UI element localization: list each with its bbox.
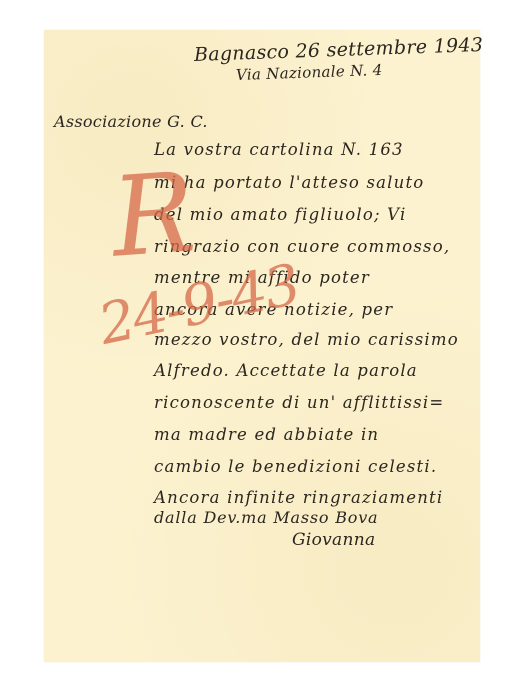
letter-body-line: Ancora infinite ringraziamenti [154, 488, 443, 507]
letter-signature: Giovanna [292, 530, 375, 550]
letter-closing: dalla Dev.ma Masso Bova [154, 508, 378, 527]
letter-body-line: cambio le benedizioni celesti. [154, 457, 437, 476]
letter-body-line: mi ha portato l'atteso saluto [154, 173, 424, 192]
letter-paper: Bagnasco 26 settembre 1943 Via Nazionale… [44, 30, 480, 662]
letter-body-line: La vostra cartolina N. 163 [154, 140, 404, 159]
letter-body-line: ancora avere notizie, per [154, 300, 393, 319]
letter-body-line: ringrazio con cuore commosso, [154, 237, 450, 256]
letter-body-line: riconoscente di un' afflittissi= [154, 393, 444, 412]
letter-body-line: mezzo vostro, del mio carissimo [154, 330, 459, 349]
letter-salutation: Associazione G. C. [54, 112, 208, 131]
letter-place-date: Bagnasco 26 settembre 1943 [194, 34, 484, 66]
letter-address: Via Nazionale N. 4 [236, 61, 383, 84]
letter-body-line: Alfredo. Accettate la parola [154, 361, 418, 380]
letter-body-line: mentre mi affido poter [154, 268, 370, 287]
letter-body-line: del mio amato figliuolo; Vi [154, 205, 406, 224]
letter-body-line: ma madre ed abbiate in [154, 425, 379, 444]
